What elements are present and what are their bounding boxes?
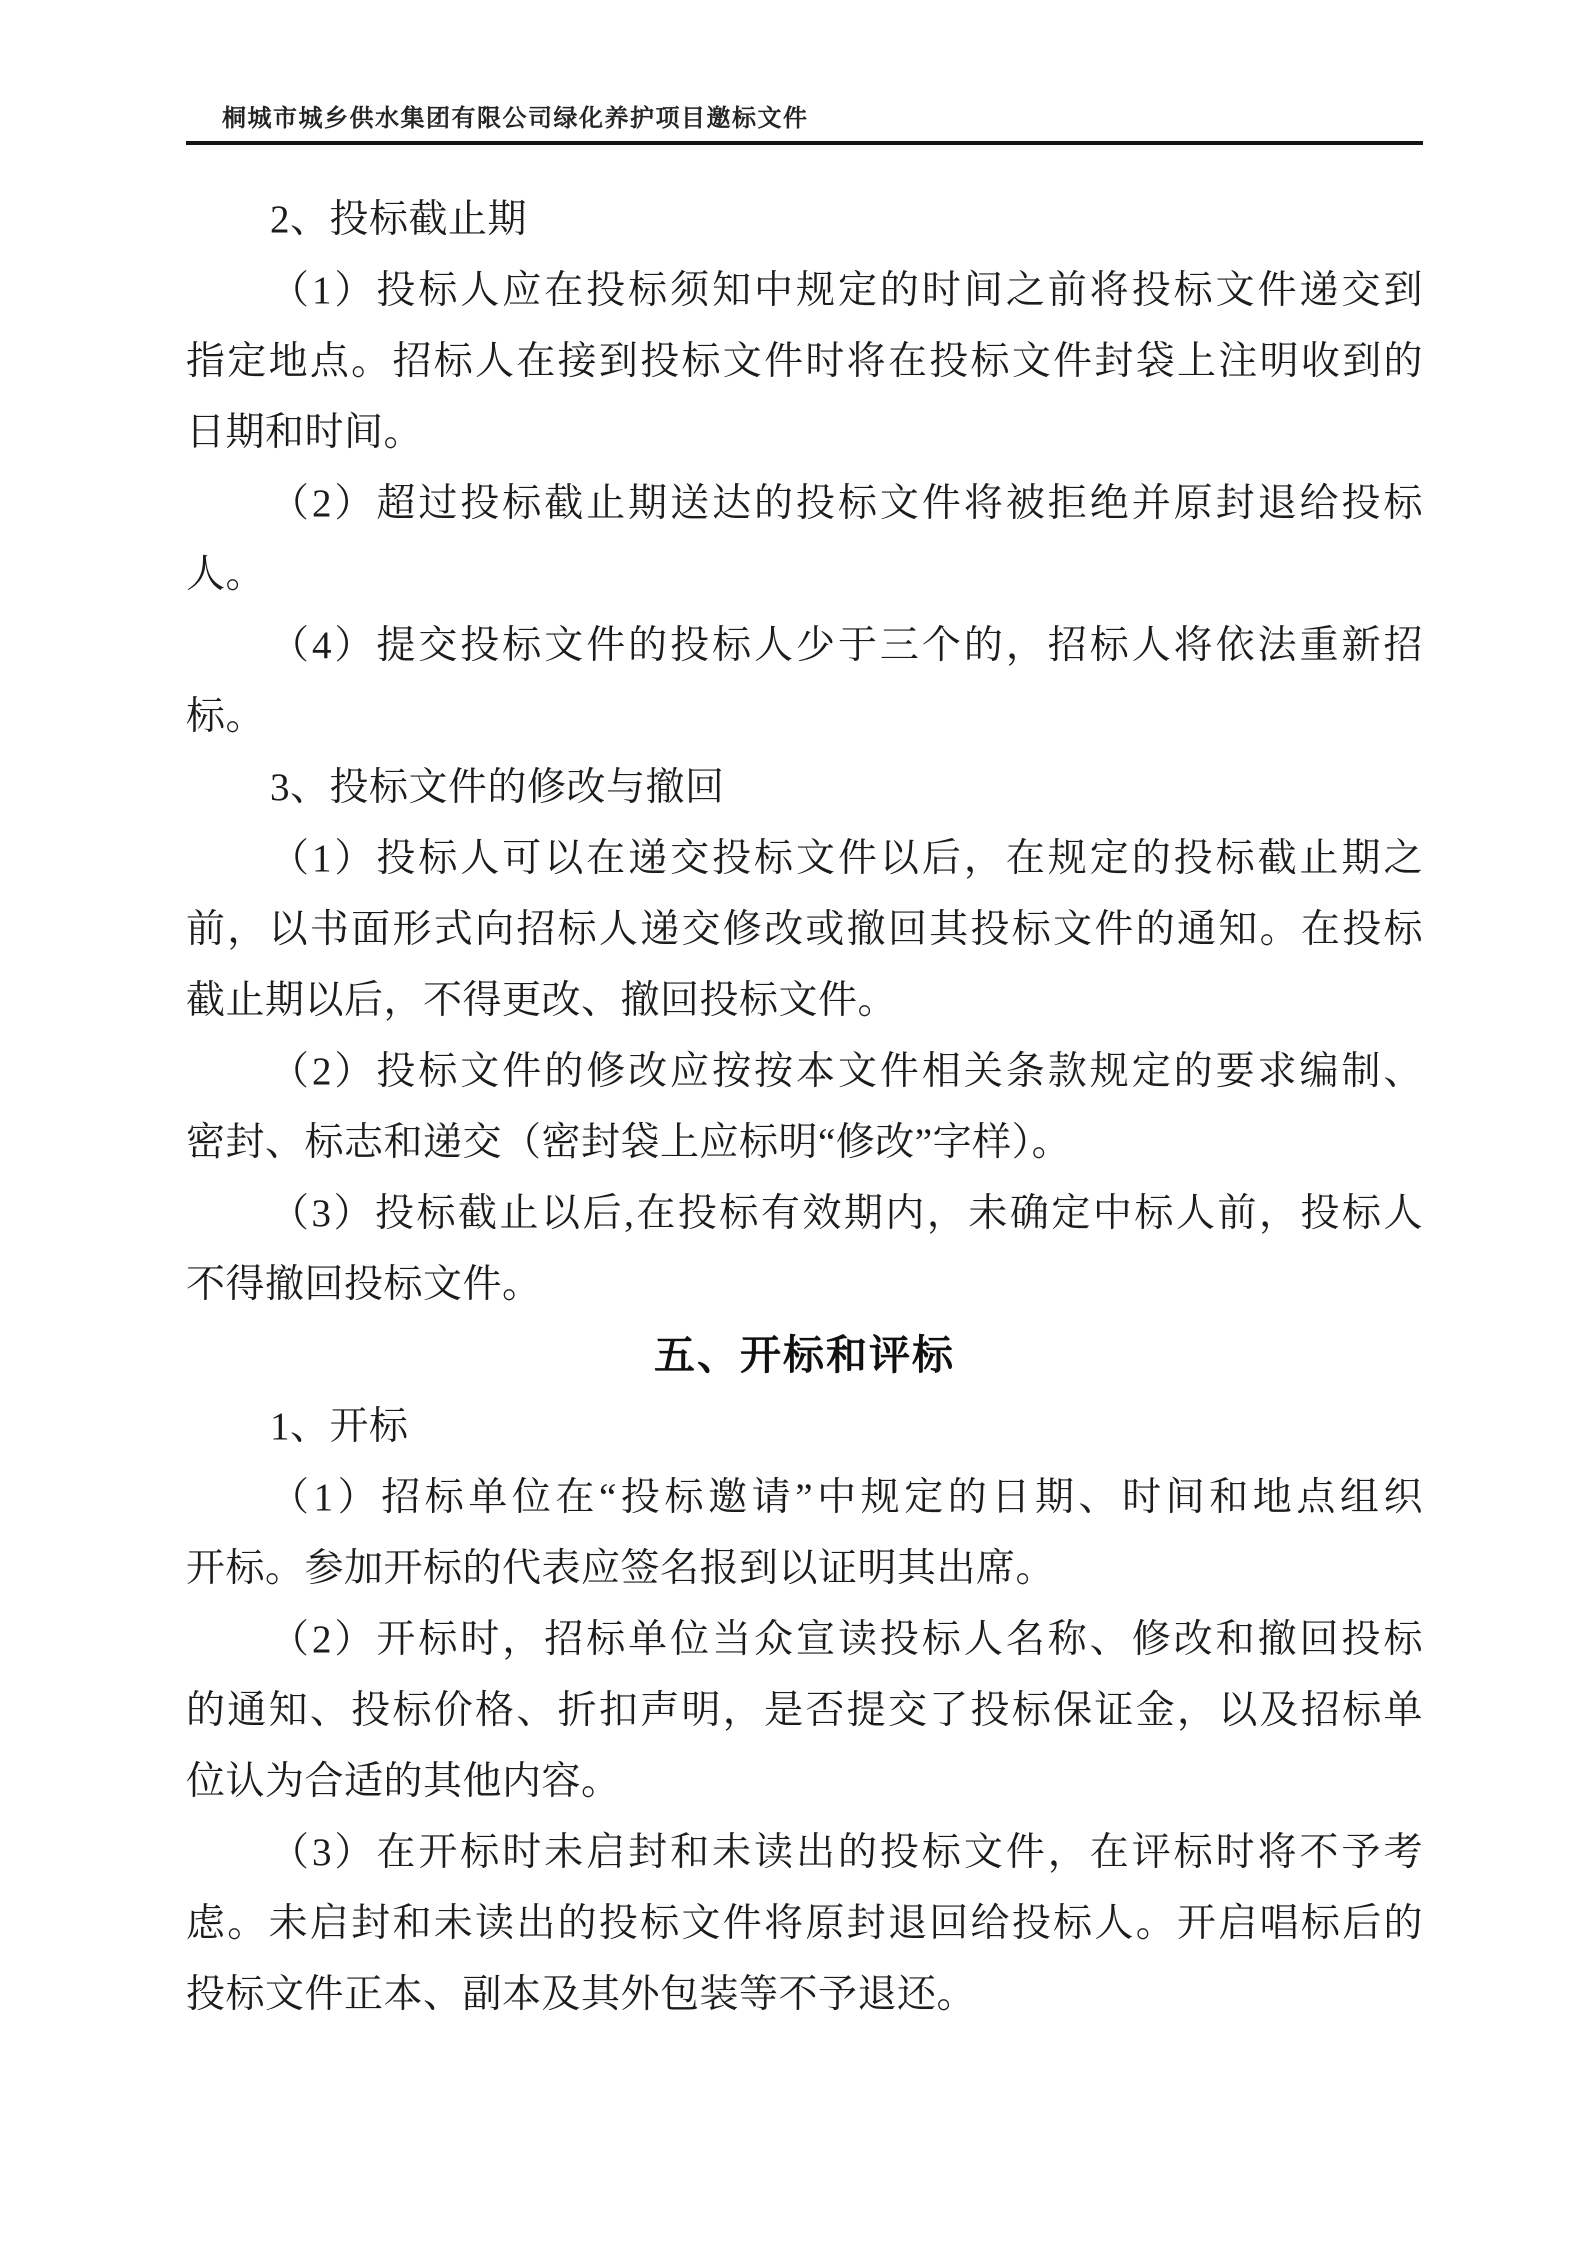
section-title: 1、开标 bbox=[186, 1391, 1423, 1462]
section-heading: 五、开标和评标 bbox=[186, 1320, 1423, 1391]
document-line: （2）投标文件的修改应按按本文件相关条款规定的要求编制、 bbox=[186, 1036, 1423, 1107]
document-line: 人。 bbox=[186, 539, 1423, 610]
document-line: （3）投标截止以后,在投标有效期内，未确定中标人前，投标人 bbox=[186, 1178, 1423, 1249]
document-line: 日期和时间。 bbox=[186, 397, 1423, 468]
page-content: 桐城市城乡供水集团有限公司绿化养护项目邀标文件 2、投标截止期 （1）投标人应在… bbox=[186, 0, 1423, 2030]
document-line: 指定地点。招标人在接到投标文件时将在投标文件封袋上注明收到的 bbox=[186, 326, 1423, 397]
document-line: （4）提交投标文件的投标人少于三个的，招标人将依法重新招 bbox=[186, 610, 1423, 681]
document-line: （1）投标人可以在递交投标文件以后，在规定的投标截止期之 bbox=[186, 823, 1423, 894]
document-line: 前，以书面形式向招标人递交修改或撤回其投标文件的通知。在投标 bbox=[186, 894, 1423, 965]
section-title: 2、投标截止期 bbox=[186, 184, 1423, 255]
document-line: （1）投标人应在投标须知中规定的时间之前将投标文件递交到 bbox=[186, 255, 1423, 326]
document-line: （1）招标单位在“投标邀请”中规定的日期、时间和地点组织 bbox=[186, 1462, 1423, 1533]
document-line: （2）开标时，招标单位当众宣读投标人名称、修改和撤回投标 bbox=[186, 1604, 1423, 1675]
page-header: 桐城市城乡供水集团有限公司绿化养护项目邀标文件 bbox=[186, 0, 1423, 145]
document-line: 的通知、投标价格、折扣声明，是否提交了投标保证金，以及招标单 bbox=[186, 1675, 1423, 1746]
document-body: 2、投标截止期 （1）投标人应在投标须知中规定的时间之前将投标文件递交到 指定地… bbox=[186, 145, 1423, 2030]
document-line: 虑。未启封和未读出的投标文件将原封退回给投标人。开启唱标后的 bbox=[186, 1888, 1423, 1959]
document-line: 开标。参加开标的代表应签名报到以证明其出席。 bbox=[186, 1533, 1423, 1604]
document-line: 不得撤回投标文件。 bbox=[186, 1249, 1423, 1320]
document-line: 标。 bbox=[186, 681, 1423, 752]
document-line: 位认为合适的其他内容。 bbox=[186, 1746, 1423, 1817]
page-header-title: 桐城市城乡供水集团有限公司绿化养护项目邀标文件 bbox=[186, 104, 1423, 141]
section-title: 3、投标文件的修改与撤回 bbox=[186, 752, 1423, 823]
document-line: （3）在开标时未启封和未读出的投标文件，在评标时将不予考 bbox=[186, 1817, 1423, 1888]
document-page: 桐城市城乡供水集团有限公司绿化养护项目邀标文件 2、投标截止期 （1）投标人应在… bbox=[0, 0, 1587, 2245]
document-line: 密封、标志和递交（密封袋上应标明“修改”字样）。 bbox=[186, 1107, 1423, 1178]
document-line: 截止期以后，不得更改、撤回投标文件。 bbox=[186, 965, 1423, 1036]
document-line: 投标文件正本、副本及其外包装等不予退还。 bbox=[186, 1959, 1423, 2030]
document-line: （2）超过投标截止期送达的投标文件将被拒绝并原封退给投标 bbox=[186, 468, 1423, 539]
